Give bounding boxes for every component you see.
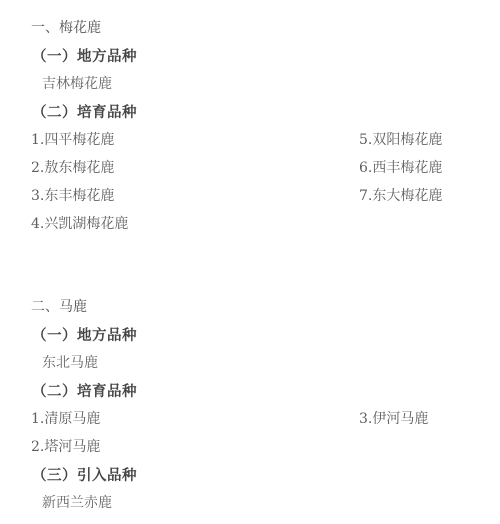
section-title-red-deer: 二、马鹿 [31,296,87,316]
list-item: 1.四平梅花鹿 [31,129,114,149]
list-item: 7.东大梅花鹿 [359,185,442,205]
list-item: 4.兴凯湖梅花鹿 [31,213,128,233]
subsection-introduced-breeds: （三）引入品种 [32,464,137,485]
subsection-local-breeds: （一）地方品种 [32,45,137,66]
subsection-bred-breeds: （二）培育品种 [32,380,137,401]
list-item: 2.敖东梅花鹿 [31,157,114,177]
section-title-sika-deer: 一、梅花鹿 [31,17,101,37]
list-item: 6.西丰梅花鹿 [359,157,442,177]
list-item: 3.伊河马鹿 [359,408,428,428]
list-item: 吉林梅花鹿 [42,73,112,93]
list-item: 东北马鹿 [42,352,98,372]
list-item: 新西兰赤鹿 [42,492,112,512]
subsection-bred-breeds: （二）培育品种 [32,101,137,122]
list-item: 5.双阳梅花鹿 [359,129,442,149]
list-item: 3.东丰梅花鹿 [31,185,114,205]
subsection-local-breeds: （一）地方品种 [32,324,137,345]
list-item: 2.塔河马鹿 [31,436,100,456]
list-item: 1.清原马鹿 [31,408,100,428]
